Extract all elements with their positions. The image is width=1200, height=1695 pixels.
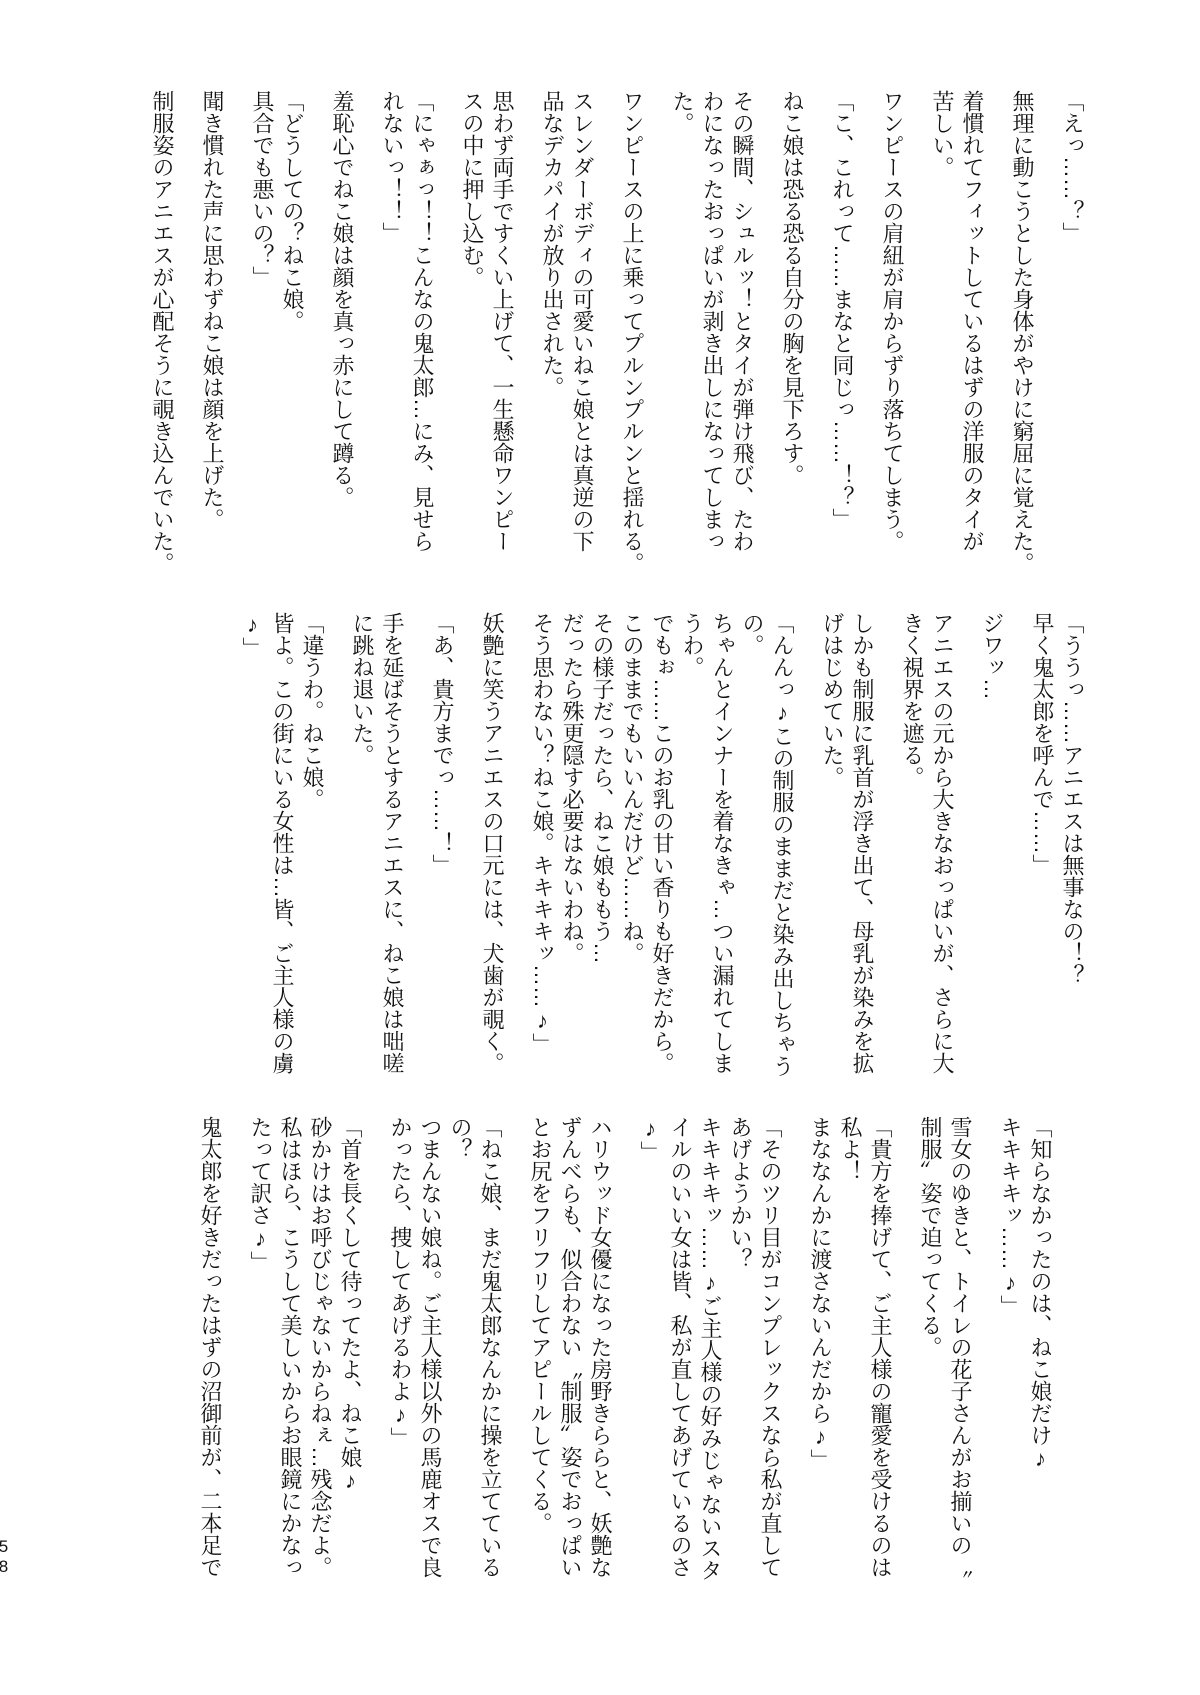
text-paragraph: 妖艶に笑うアニエスの口元には、犬歯が覗く。: [477, 612, 507, 1104]
text-band-bottom: 「知らなかったのは、ねこ娘だけ♪キキキキッ……♪」雪女のゆきと、トイレの花子さん…: [195, 1116, 1055, 1608]
text-paragraph: 手を延ばそうとするアニエスに、ねこ娘は咄嗟に跳ね退いた。: [347, 612, 407, 1104]
text-paragraph: 「知らなかったのは、ねこ娘だけ♪キキキキッ……♪」: [995, 1116, 1055, 1608]
text-paragraph: 羞恥心でねこ娘は顔を真っ赤にして蹲る。: [327, 90, 357, 582]
text-paragraph: 「えっ……？」: [1057, 90, 1087, 582]
text-paragraph: 鬼太郎を好きだったはずの沼御前が、二本足で: [195, 1116, 225, 1608]
text-paragraph: 無理に動こうとした身体がやけに窮屈に覚えた。: [1007, 90, 1037, 582]
text-paragraph: 「首を長くして待ってたよ、ねこ娘♪砂かけはお呼びじゃないからねぇ…残念だよ。私は…: [245, 1116, 365, 1608]
text-paragraph: 「こ、これって……まなと同じっ……！？」: [827, 90, 857, 582]
text-paragraph: 「んんっ♪この制服のままだと染み出しちゃうの。ちゃんとインナーを着なきゃ…つい漏…: [527, 612, 797, 1104]
text-paragraph: 聞き慣れた声に思わずねこ娘は顔を上げた。: [197, 90, 227, 582]
text-paragraph: ワンピースの肩紐が肩からずり落ちてしまう。: [877, 90, 907, 582]
text-paragraph: 「あ、貴方までっ……！」: [427, 612, 457, 1104]
text-paragraph: 思わず両手ですくい上げて、一生懸命ワンピースの中に押し込む。: [457, 90, 517, 582]
text-paragraph: ジワッ…: [977, 612, 1007, 1104]
text-paragraph: 「どうしての？ねこ娘。具合でも悪いの？」: [247, 90, 307, 582]
text-paragraph: ワンピースの上に乗ってプルンプルンと揺れる。: [617, 90, 647, 582]
text-paragraph: しかも制服に乳首が浮き出て、母乳が染みを拡げはじめていた。: [817, 612, 877, 1104]
page-number: 58: [0, 1537, 12, 1577]
novel-page: 「えっ……？」無理に動こうとした身体がやけに窮屈に覚えた。着慣れてフィットしてい…: [0, 0, 1200, 1695]
text-paragraph: 「にゃぁっ！！こんなの鬼太郎…にみ、見せられないっ！！」: [377, 90, 437, 582]
text-paragraph: アニエスの元から大きなおっぱいが、さらに大きく視界を遮る。: [897, 612, 957, 1104]
text-paragraph: ハリウッド女優になった房野きららと、妖艶なずんべらも、似合わない〝制服〟姿でおっ…: [525, 1116, 615, 1608]
text-paragraph: 「そのツリ目がコンプレックスなら私が直してあげようかい？キキキキッ……♪ご主人様…: [635, 1116, 785, 1608]
text-paragraph: 制服姿のアニエスが心配そうに覗き込んでいた。: [147, 90, 177, 582]
text-paragraph: その瞬間、シュルッ！とタイが弾け飛び、たわわになったおっぱいが剥き出しになってし…: [667, 90, 757, 582]
text-paragraph: 「違うわ。ねこ娘。皆よ。この街にいる女性は…皆、ご主人様の虜♪」: [237, 612, 327, 1104]
text-paragraph: ねこ娘は恐る恐る自分の胸を見下ろす。: [777, 90, 807, 582]
text-paragraph: 「貴方を捧げて、ご主人様の寵愛を受けるのは私よ！まななんかに渡さないんだから♪」: [805, 1116, 895, 1608]
text-band-top: 「えっ……？」無理に動こうとした身体がやけに窮屈に覚えた。着慣れてフィットしてい…: [147, 90, 1087, 582]
text-band-middle: 「ううっ……アニエスは無事なの！？早く鬼太郎を呼んで……」ジワッ…アニエスの元か…: [237, 612, 1087, 1104]
text-paragraph: 「ううっ……アニエスは無事なの！？早く鬼太郎を呼んで……」: [1027, 612, 1087, 1104]
text-paragraph: 雪女のゆきと、トイレの花子さんがお揃いの〝制服〟姿で迫ってくる。: [915, 1116, 975, 1608]
text-paragraph: 着慣れてフィットしているはずの洋服のタイが苦しい。: [927, 90, 987, 582]
text-paragraph: 「ねこ娘、まだ鬼太郎なんかに操を立てているの？つまんない娘ね。ご主人様以外の馬鹿…: [385, 1116, 505, 1608]
text-paragraph: スレンダーボディの可愛いねこ娘とは真逆の下品なデカパイが放り出された。: [537, 90, 597, 582]
